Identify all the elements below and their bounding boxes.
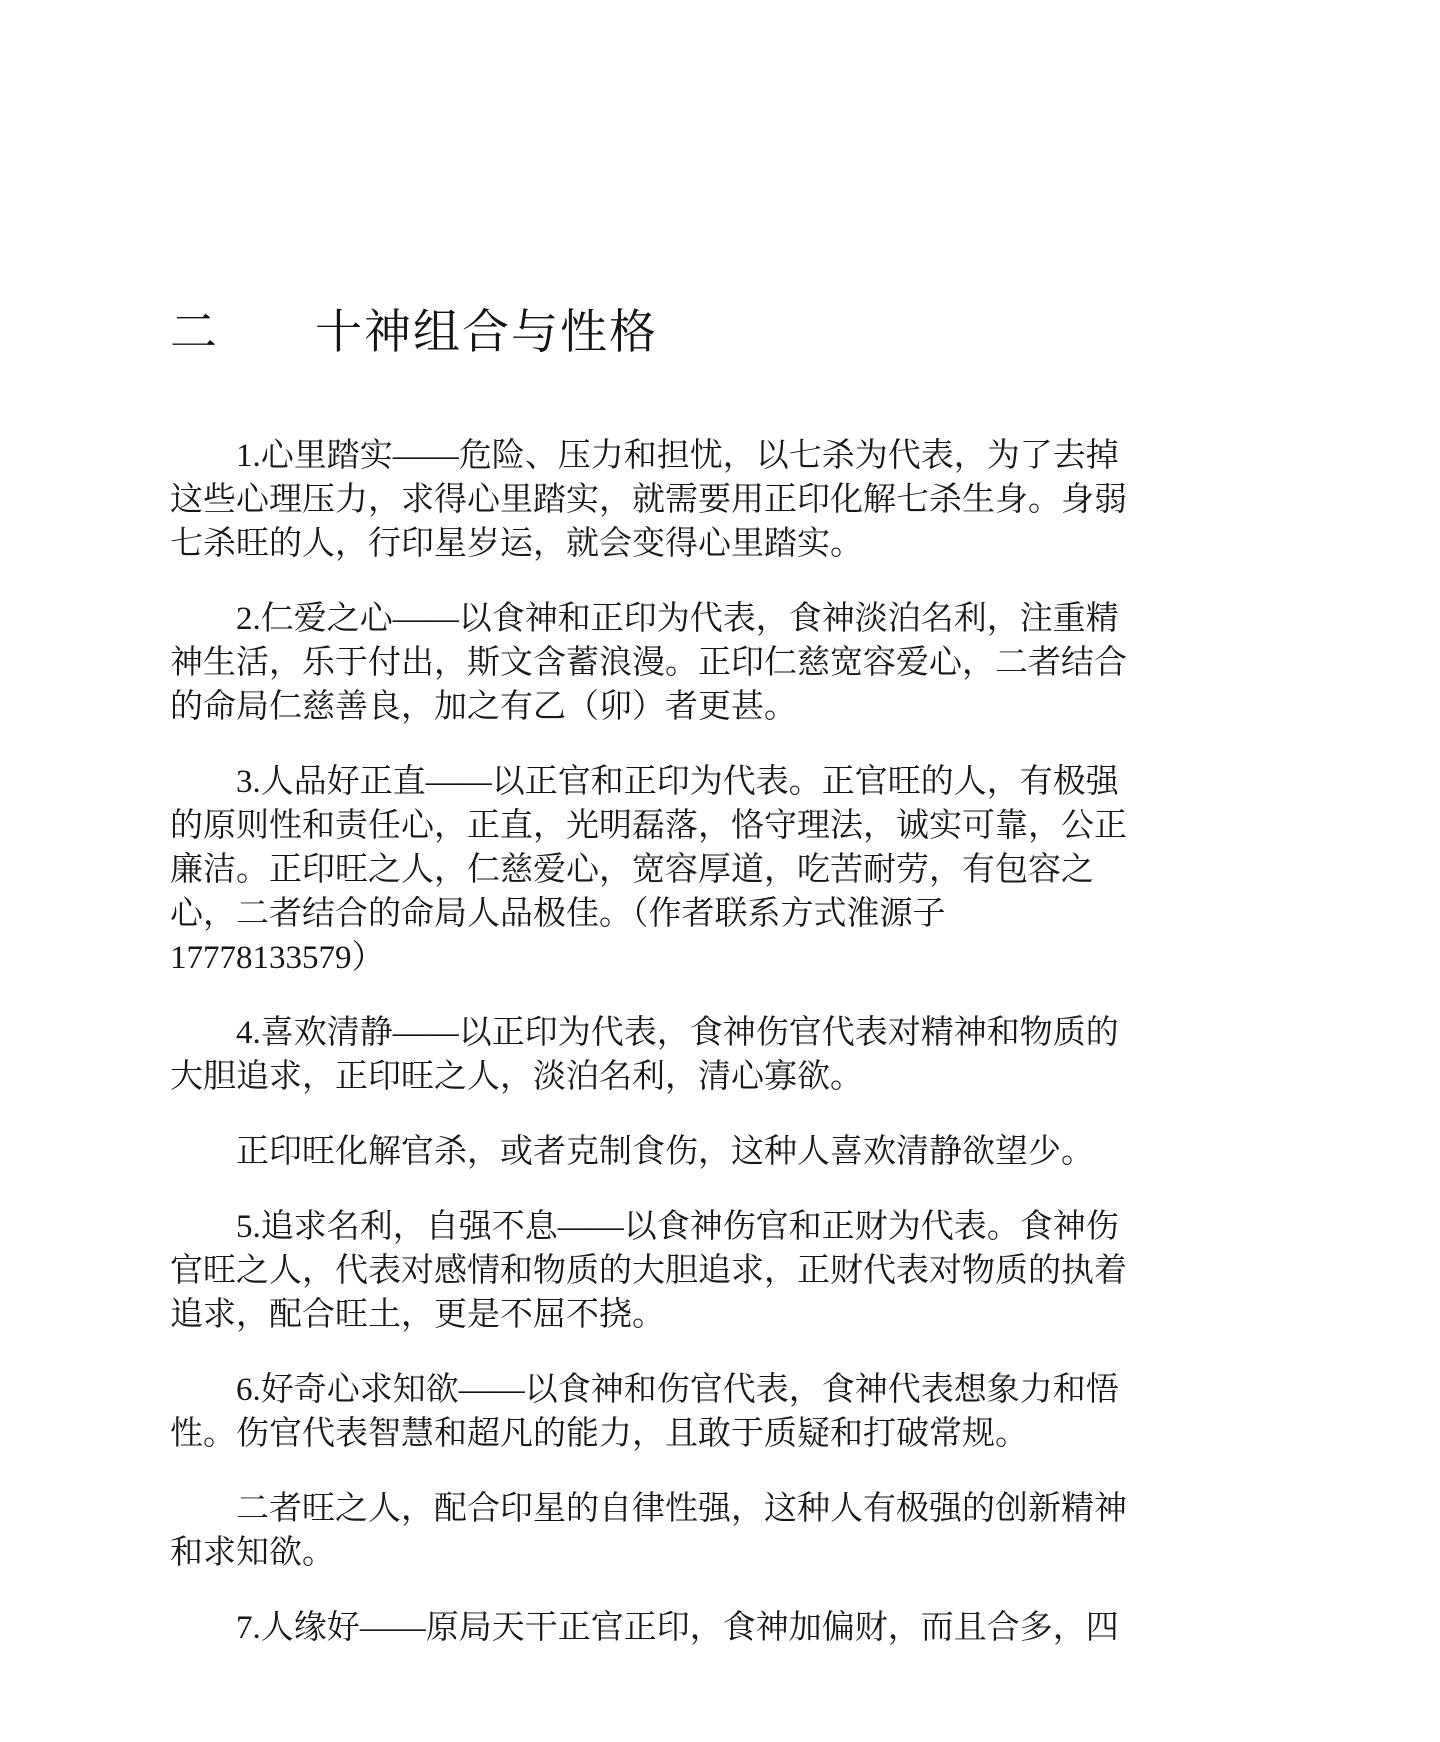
paragraph-8: 二者旺之人，配合印星的自律性强，这种人有极强的创新精神和求知欲。 bbox=[170, 1487, 1128, 1575]
paragraph-7: 6.好奇心求知欲——以食神和伤官代表，食神代表想象力和悟性。伤官代表智慧和超凡的… bbox=[170, 1368, 1128, 1456]
paragraph-2: 2.仁爱之心——以食神和正印为代表，食神淡泊名利，注重精神生活，乐于付出，斯文含… bbox=[170, 597, 1128, 729]
paragraph-9: 7.人缘好——原局天干正官正印，食神加偏财，而且合多，四 bbox=[170, 1606, 1128, 1650]
section-title: 十神组合与性格 bbox=[315, 307, 658, 359]
document-page: 二十神组合与性格 1.心里踏实——危险、压力和担忧，以七杀为代表，为了去掉这些心… bbox=[0, 0, 1440, 1742]
paragraph-4: 4.喜欢清静——以正印为代表，食神伤官代表对精神和物质的大胆追求，正印旺之人，淡… bbox=[170, 1011, 1128, 1099]
section-number: 二 bbox=[170, 295, 219, 362]
paragraph-6: 5.追求名利，自强不息——以食神伤官和正财为代表。食神伤官旺之人，代表对感情和物… bbox=[170, 1205, 1128, 1337]
paragraph-5: 正印旺化解官杀，或者克制食伤，这种人喜欢清静欲望少。 bbox=[170, 1130, 1128, 1174]
paragraph-1: 1.心里踏实——危险、压力和担忧，以七杀为代表，为了去掉这些心理压力，求得心里踏… bbox=[170, 434, 1128, 566]
paragraph-3: 3.人品好正直——以正官和正印为代表。正官旺的人，有极强的原则性和责任心，正直，… bbox=[170, 760, 1128, 980]
section-heading: 二十神组合与性格 bbox=[170, 295, 1128, 362]
text-block: 二十神组合与性格 1.心里踏实——危险、压力和担忧，以七杀为代表，为了去掉这些心… bbox=[0, 0, 1128, 1650]
